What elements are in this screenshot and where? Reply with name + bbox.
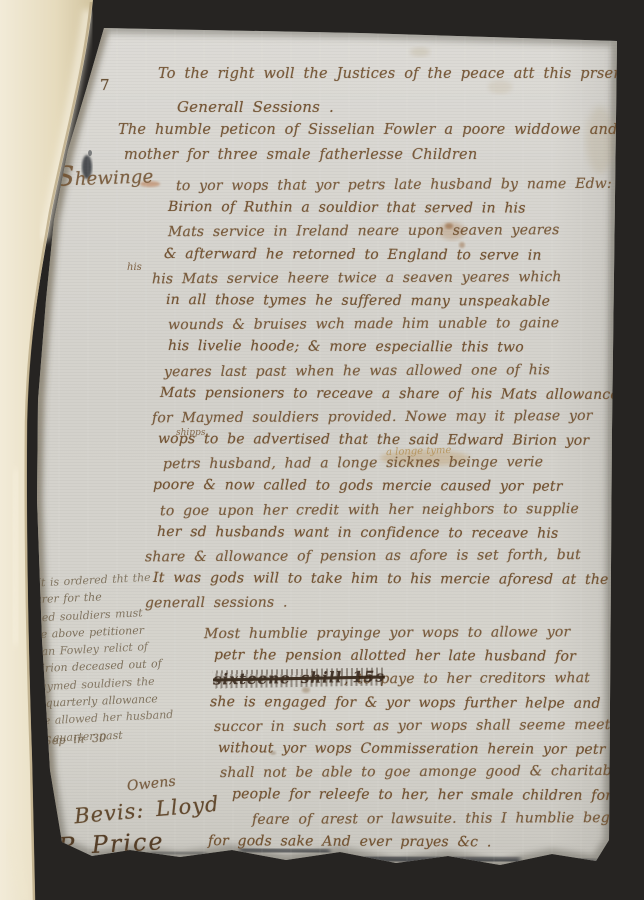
prayer-line: without yor wops Commisseration herein y… (204, 737, 625, 762)
interlineation: a longe tyme (386, 445, 452, 458)
interlineation: his (127, 262, 142, 273)
petition-address-line: To the right woll the Justices of the pe… (158, 66, 629, 82)
body-line: Mats pensioners to receave a share of hi… (168, 382, 619, 407)
body-line: to yor wops that yor petrs late husband … (168, 173, 619, 199)
prayer-line: she is engaged for & yor wops further he… (204, 691, 625, 716)
interlineation: shipps (176, 428, 205, 438)
signature-bevis-lloyd: Bevis: Lloyd (73, 792, 220, 829)
body-line: generall sessions . (168, 590, 619, 616)
prayer-line: feare of arest or lawsuite. this I humbl… (204, 806, 625, 831)
petition-title-line: mother for three smale fatherlesse Child… (124, 147, 477, 163)
body-line: Mats service in Ireland neare upon seave… (168, 219, 619, 245)
page-number: 7 (100, 76, 110, 94)
body-line: his livelie hoode; & more especiallie th… (168, 335, 619, 360)
prayer-line: people for releefe to her, her smale chi… (204, 783, 625, 808)
body-line: share & allowance of pension as afore is… (168, 544, 619, 570)
body-line: & afterward he retorned to England to se… (168, 243, 619, 268)
body-line: yeares last past when he was allowed one… (168, 358, 619, 384)
body-line: Birion of Ruthin a souldior that served … (168, 196, 619, 221)
petition-address-line: Generall Sessions . (177, 98, 334, 116)
torn-edge-smudge (540, 859, 612, 867)
petition-title-line: The humble peticon of Sisselian Fowler a… (118, 122, 618, 138)
margin-date-scrawl: Sep in 30 (44, 731, 107, 747)
struck-through-text: sixteene shill 15s (213, 668, 385, 689)
fore-edge-curl-highlight-2 (13, 470, 18, 644)
petition-body-paragraph: to yor wops that yor petrs late husband … (168, 174, 619, 615)
prayer-clause-paragraph: Most humblie prayinge yor wops to allowe… (204, 622, 625, 854)
body-line: to goe upon her credit with her neighbor… (168, 497, 619, 523)
body-line: wounds & bruises wch made him unable to … (168, 312, 619, 338)
body-line: It was gods will to take him to his merc… (168, 567, 619, 592)
signature-owens: Owens (126, 773, 176, 794)
body-line: her sd husbands want in confidence to re… (168, 521, 619, 546)
prayer-line: for gods sake And ever prayes &c . (204, 830, 625, 855)
body-line: poore & now called to gods mercie caused… (168, 474, 619, 499)
prayer-line: shall not be able to goe amonge good & c… (204, 760, 625, 785)
prayer-line: succor in such sort as yor wops shall se… (204, 714, 625, 739)
manuscript-photograph: 7 To the right woll the Justices of the … (0, 0, 644, 900)
body-line: for Maymed souldiers provided. Nowe may … (168, 405, 619, 431)
prayer-line: Most humblie prayinge yor wops to allowe… (204, 621, 625, 646)
body-line: his Mats service heere twice a seaven ye… (168, 266, 619, 292)
torn-edge-smudge (96, 855, 122, 857)
body-line: in all those tymes he suffered many unsp… (168, 289, 619, 314)
prayer-line: petr the pension allotted her late husba… (204, 644, 625, 669)
shewing-word: Shewinge (55, 158, 153, 192)
handwritten-text-layer: 7 To the right woll the Justices of the … (0, 0, 644, 900)
